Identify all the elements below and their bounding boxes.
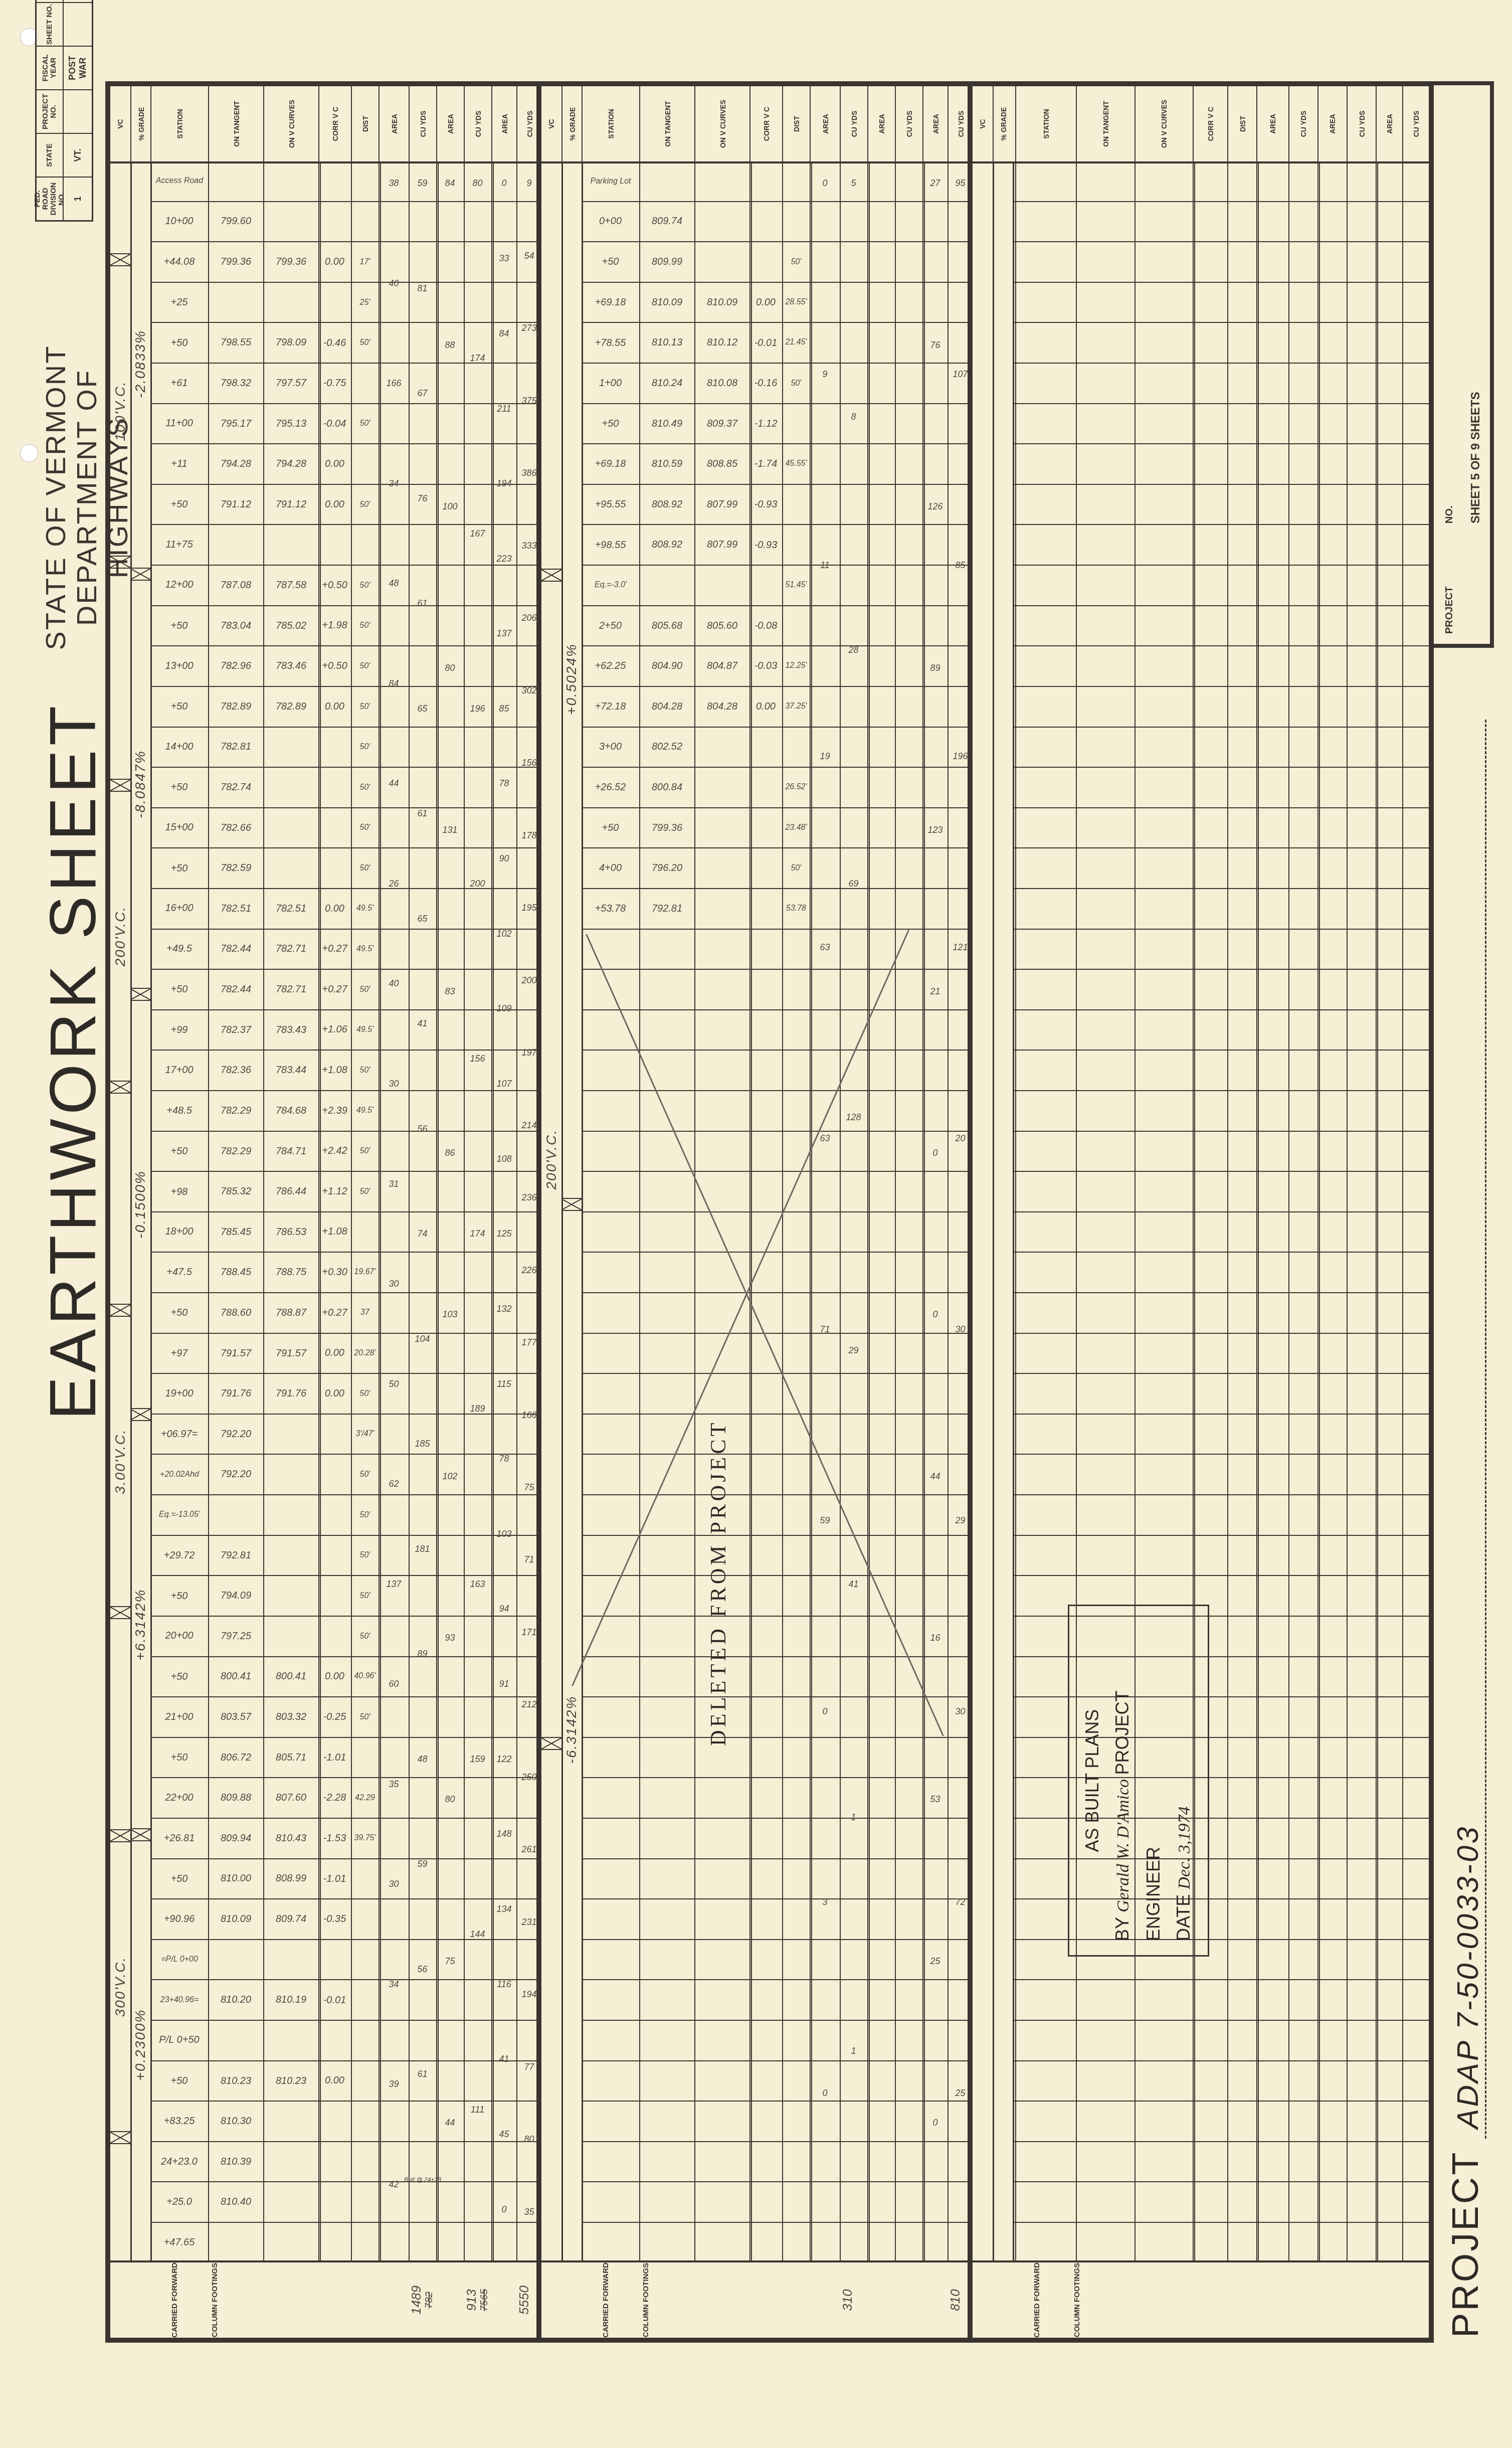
table-cell: 782.44 [208, 970, 263, 1009]
volume-cell: 86 [436, 1133, 464, 1174]
volume-value: 19 [820, 752, 830, 762]
volume-cell: 88 [436, 325, 464, 366]
volume-cell: 214 [516, 1105, 541, 1146]
vc-marker [110, 1606, 130, 1619]
station-column [582, 1576, 968, 1617]
station-value: 23+40.96= [160, 1996, 199, 2005]
dist-value: 49.5' [356, 945, 373, 954]
vcurve-value: 798.09 [275, 337, 306, 348]
table-cell: +78.55 [582, 323, 639, 363]
volume-value: 156 [521, 758, 536, 769]
corr-value: 0.00 [325, 256, 344, 268]
table-cell: 807.99 [694, 525, 749, 565]
volume-value: 137 [496, 629, 511, 639]
table-cell: +50 [150, 2061, 208, 2101]
header-a3: AREA [491, 86, 517, 161]
volume-cell: 78 [491, 1439, 516, 1480]
volume-value: 0 [501, 2204, 506, 2215]
station-column [582, 970, 968, 1010]
table-cell: 16+00 [150, 889, 208, 929]
table-cell: 795.17 [208, 404, 263, 444]
station-value: Access Road [155, 177, 203, 186]
table-cell: -0.01 [749, 323, 782, 363]
table-cell: +49.5 [150, 930, 208, 969]
volume-cell: 128 [840, 1097, 867, 1138]
volume-cell: 78 [491, 764, 516, 804]
tangent-value: 810.09 [651, 297, 682, 308]
station-value: +50 [171, 1752, 188, 1764]
station-column: +95.55808.92807.99-0.93 [582, 485, 968, 526]
dist-value: 49.5' [356, 904, 373, 913]
station-column [582, 1899, 968, 1940]
table-cell: +83.25 [150, 2102, 208, 2141]
volume-value: 76 [930, 340, 940, 351]
volume-value: 93 [445, 1633, 455, 1644]
station-column [1013, 566, 1429, 606]
tangent-value: 806.72 [220, 1752, 251, 1764]
station-column: 4+00796.2050' [582, 848, 968, 889]
volume-value: 116 [497, 1979, 511, 1990]
tangent-value: 782.44 [220, 984, 251, 995]
vc-marker [110, 1081, 130, 1094]
dist-value: 51.45' [785, 581, 807, 590]
volume-cell: 171 [516, 1613, 541, 1653]
station-column: Eq.=-3.0'51.45' [582, 566, 968, 606]
dist-value: 50' [359, 1632, 370, 1641]
table-cell: 804.28 [639, 687, 694, 727]
table-cell: 10+00 [150, 202, 208, 242]
station-column [582, 1415, 968, 1455]
volume-cell: 273 [516, 308, 541, 349]
volume-cell: 100 [436, 487, 464, 528]
tangent-value: 798.32 [220, 378, 251, 389]
vcurve-value: 795.13 [275, 418, 306, 429]
volume-value: 84 [389, 678, 399, 689]
table-cell: 50' [351, 970, 379, 1009]
station-value: +78.55 [595, 337, 626, 348]
header-c1: CU YDS [840, 86, 868, 161]
station-value: 20+00 [165, 1631, 193, 1642]
station-column [1013, 848, 1429, 889]
deleted-from-project-label: DELETED FROM PROJECT [705, 1420, 731, 1746]
station-value: +26.52 [595, 782, 626, 793]
volume-value: 214 [521, 1120, 536, 1131]
header-station: STATION [1015, 86, 1077, 161]
table-cell: 50' [351, 566, 379, 605]
table-cell: 792.20 [208, 1455, 263, 1495]
corr-value: -0.04 [323, 418, 346, 429]
volume-value: 144 [470, 1929, 485, 1940]
pvi-marker [130, 568, 150, 581]
table-cell: 810.23 [263, 2061, 318, 2101]
table-cell: 794.28 [263, 444, 318, 484]
volume-cell: 131 [436, 810, 464, 850]
dist-value: 50' [359, 662, 370, 671]
corr-value: -1.12 [754, 418, 778, 429]
table-cell: 23+40.96= [150, 1980, 208, 2020]
header-vcurve: ON V CURVES [1135, 86, 1194, 161]
volume-value: 71 [524, 1555, 534, 1565]
fed-cell-total-sheets: TOTAL SHEETS [37, 0, 92, 2]
dist-value: 39.75' [354, 1834, 375, 1843]
station-value: +69.18 [595, 458, 626, 470]
vc-length-label: 3.00'V.C. [110, 1317, 130, 1606]
corr-value: +1.98 [322, 620, 347, 632]
tangent-value: 810.49 [651, 418, 682, 429]
header-grade: % GRADE [130, 86, 151, 161]
station-column: +50810.49809.37-1.12 [582, 404, 968, 445]
volume-value: 30 [389, 1079, 399, 1089]
station-column [1013, 687, 1429, 728]
table-cell: 50' [351, 687, 379, 727]
sheet-number-box: PROJECT NO. SHEET 5 OF 9 SHEETS [1434, 81, 1494, 648]
table-cell: 787.58 [263, 566, 318, 605]
volume-value: 59 [820, 1515, 830, 1526]
volume-value: 85 [499, 704, 509, 714]
volume-value: 250 [521, 1772, 536, 1783]
tangent-value: 809.74 [651, 216, 682, 227]
volume-value: 166 [386, 379, 401, 389]
volume-value: 42 [389, 2179, 399, 2190]
table-cell: +50 [150, 1738, 208, 1778]
volume-value: 85 [955, 561, 965, 571]
station-column: +26.52800.8426.52' [582, 768, 968, 808]
volume-cell: 59 [409, 1844, 436, 1885]
volume-cell: 103 [436, 1295, 464, 1335]
volume-value: 29 [848, 1346, 858, 1356]
volume-cell: 80 [436, 648, 464, 689]
table-cell: 50' [351, 1374, 379, 1414]
table-cell: 810.59 [639, 444, 694, 484]
station-column: +98.55808.92807.99-0.93 [582, 525, 968, 566]
volume-cell: 107 [948, 355, 973, 395]
carried-forward-embankment-cuyds: 5550 [516, 2262, 532, 2338]
volume-value: 20 [955, 1133, 965, 1144]
table-cell: 809.74 [639, 202, 694, 242]
table-cell: -0.35 [318, 1899, 351, 1939]
vcurve-value: 807.99 [706, 499, 737, 510]
header-a1: AREA [810, 86, 841, 161]
station-column [1013, 2061, 1429, 2102]
station-column [1013, 2142, 1429, 2183]
volume-value: Butt @ 24+23 [404, 2176, 441, 2183]
volume-value: 48 [389, 579, 399, 589]
tangent-value: 810.13 [651, 337, 682, 348]
dist-value: 50' [359, 1470, 370, 1479]
table-cell: 810.09 [208, 1899, 263, 1939]
table-cell: 810.19 [263, 1980, 318, 2020]
table-cell: 786.53 [263, 1212, 318, 1252]
volume-value: 63 [820, 1133, 830, 1144]
dist-value: 50' [359, 702, 370, 711]
station-column: Eq.=-13.05'50' [150, 1495, 536, 1536]
volume-cell: 25 [948, 2073, 973, 2114]
volume-cell: 65 [409, 899, 436, 940]
station-value: +50 [171, 984, 188, 995]
vc-marker [541, 1737, 561, 1751]
table-cell: 21+00 [150, 1697, 208, 1737]
station-value: +48.5 [166, 1105, 192, 1117]
volume-cell: 116 [491, 1964, 516, 2005]
header-c1: CU YDS [1288, 86, 1318, 161]
volume-cell: 67 [409, 374, 436, 414]
volume-value: 111 [471, 2105, 484, 2115]
station-value: +29.72 [164, 1550, 195, 1561]
volume-value: 196 [470, 704, 485, 714]
station-column [582, 1172, 968, 1212]
volume-cell: 0 [922, 1133, 948, 1174]
tangent-value: 808.92 [651, 499, 682, 510]
dist-value: 26.52' [785, 783, 807, 792]
tangent-value: 810.59 [651, 458, 682, 470]
volume-value: 9 [822, 370, 827, 380]
station-value: +50 [171, 1590, 188, 1602]
volume-cell: 63 [810, 928, 840, 968]
table-cell: 0.00 [318, 242, 351, 282]
table-cell: 808.99 [263, 1859, 318, 1899]
table-cell: 808.92 [639, 525, 694, 565]
table-cell: -1.12 [749, 404, 782, 444]
station-value: +25 [171, 297, 188, 308]
station-value: +50 [602, 418, 619, 429]
volume-cell: 333 [516, 526, 541, 566]
table-cell: 50' [351, 323, 379, 363]
volume-cell: 231 [516, 1902, 541, 1943]
vc-marker [110, 2131, 130, 2144]
header-c2: CU YDS [895, 86, 923, 161]
tangent-value: 791.57 [220, 1347, 251, 1359]
table-cell: 50' [351, 404, 379, 444]
station-column: 24+23.0810.39 [150, 2142, 536, 2183]
table-cell: 782.36 [208, 1051, 263, 1090]
volume-cell: 59 [810, 1500, 840, 1541]
table-cell: 798.55 [208, 323, 263, 363]
agency-line-1: STATE OF VERMONT [40, 322, 71, 673]
header-station: STATION [150, 86, 209, 161]
station-column: +53.78792.8153.78 [582, 889, 968, 930]
station-column [1013, 2182, 1429, 2223]
table-cell: 21.45' [782, 323, 810, 363]
dist-value: 12.25' [785, 662, 807, 671]
table-cell: 800.41 [208, 1657, 263, 1697]
dist-value: 50' [359, 500, 370, 509]
vcurve-value: 810.43 [275, 1833, 306, 1844]
station-column [582, 1738, 968, 1779]
volume-cell: 26 [379, 864, 409, 905]
tangent-value: 785.45 [220, 1227, 251, 1238]
volume-cell: 126 [922, 487, 948, 528]
table-cell: 782.37 [208, 1010, 263, 1050]
struck-value: 782 [424, 2262, 435, 2338]
tangent-value: 788.60 [220, 1307, 251, 1319]
station-value: Parking Lot [590, 177, 631, 186]
volume-value: 181 [415, 1544, 430, 1554]
volume-cell: 74 [409, 1214, 436, 1255]
table-cell: 50' [351, 606, 379, 646]
volume-value: 80 [472, 179, 482, 189]
station-column: +50810.00808.99-1.01 [150, 1859, 536, 1900]
table-cell: 39.75' [351, 1819, 379, 1858]
station-column [1013, 1334, 1429, 1374]
tangent-value: 792.20 [220, 1429, 251, 1440]
column-header-block: VC% GRADESTATIONON TANGENTON V CURVESCOR… [973, 86, 1429, 163]
volume-value: 375 [521, 396, 536, 406]
header-c3: CU YDS [516, 86, 542, 161]
volume-value: 63 [820, 942, 830, 953]
dist-value: 50' [791, 258, 801, 267]
station-column [582, 1374, 968, 1415]
volume-cell: 102 [436, 1456, 464, 1497]
volume-cell: 122 [491, 1739, 516, 1780]
table-cell: -0.46 [318, 323, 351, 363]
table-cell: 810.40 [208, 2182, 263, 2222]
table-cell: +0.50 [318, 566, 351, 605]
station-column: 20+00797.2550' [150, 1617, 536, 1657]
table-cell: 50' [782, 242, 810, 282]
table-cell: 51.45' [782, 566, 810, 605]
volume-value: 75 [445, 1956, 455, 1967]
volume-cell: 302 [516, 670, 541, 711]
station-column [1013, 1415, 1429, 1455]
tangent-value: 810.09 [220, 1913, 251, 1925]
station-value: 11+00 [165, 418, 193, 429]
volume-cell: 35 [516, 2192, 541, 2233]
table-cell: +50 [150, 970, 208, 1009]
station-value: 10+00 [165, 216, 193, 227]
volume-cell: 194 [491, 464, 516, 504]
table-cell: 28.55' [782, 283, 810, 322]
table-cell: 22+00 [150, 1778, 208, 1818]
table-cell: -1.01 [318, 1859, 351, 1899]
vcurve-value: 809.37 [706, 418, 737, 429]
station-columns: Parking Lot0+00809.74+50809.9950'+69.188… [582, 161, 968, 2262]
tangent-value: 805.68 [651, 620, 682, 632]
tangent-value: 791.76 [220, 1388, 251, 1400]
tangent-value: 810.39 [220, 2156, 251, 2168]
vc-marker [110, 556, 130, 569]
stamp-date-value: Dec. 3,1974 [1175, 1806, 1194, 1889]
volume-value: 38 [389, 179, 399, 189]
grade-percent-label: +6.3142% [130, 1422, 150, 1827]
header-c1: CU YDS [409, 86, 437, 161]
carried-forward-block: CARRIED FORWARDCOLUMN FOOTINGS1489913555… [110, 2260, 536, 2338]
station-value: +95.55 [595, 499, 626, 510]
corr-value: -2.28 [323, 1792, 346, 1804]
volume-value: 0 [932, 1148, 937, 1159]
table-cell: +53.78 [582, 889, 639, 929]
header-grade: % GRADE [993, 86, 1014, 161]
table-cell: 808.92 [639, 485, 694, 524]
header-station: STATION [582, 86, 640, 161]
table-cell: +1.08 [318, 1212, 351, 1252]
volume-value: 108 [496, 1154, 511, 1164]
station-column [1013, 728, 1429, 768]
station-value: 24+23.0 [161, 2156, 198, 2168]
volume-cell: 103 [491, 1514, 516, 1555]
station-column: +50788.60788.87+0.2737 [150, 1293, 536, 1334]
volume-value: 61 [417, 809, 427, 819]
table-cell: +62.25 [582, 646, 639, 686]
band-parking-lot: VC% GRADESTATIONON TANGENTON V CURVESCOR… [541, 86, 973, 2338]
station-value: +50 [171, 1873, 188, 1884]
volume-cell: 30 [379, 1864, 409, 1905]
dist-value: 50' [359, 419, 370, 428]
station-column [582, 1253, 968, 1293]
volume-value: 223 [496, 554, 511, 564]
table-cell: 805.60 [694, 606, 749, 646]
volume-value: 302 [521, 685, 536, 696]
station-column: 11+00795.17795.13-0.0450' [150, 404, 536, 445]
vcurve-value: 788.75 [275, 1267, 306, 1278]
table-cell: Access Road [150, 161, 208, 201]
table-cell: -0.01 [318, 1980, 351, 2020]
vcurve-value: 782.71 [275, 943, 306, 955]
tangent-value: 797.25 [220, 1631, 251, 1642]
table-cell: 782.71 [263, 970, 318, 1009]
tangent-value: 782.37 [220, 1024, 251, 1036]
table-cell: +06.97= [150, 1415, 208, 1454]
volume-cell: 121 [948, 928, 973, 968]
table-cell: 782.89 [208, 687, 263, 727]
table-cell: 24+23.0 [150, 2142, 208, 2182]
volume-cell: 72 [948, 1882, 973, 1923]
table-cell: 11+75 [150, 525, 208, 565]
vcurve-value: 805.60 [706, 620, 737, 632]
table-cell: +97 [150, 1334, 208, 1373]
volume-value: 95 [955, 179, 965, 189]
volume-value: 76 [417, 493, 427, 504]
table-cell: 804.90 [639, 646, 694, 686]
table-cell: 49.5' [351, 889, 379, 929]
volume-cell: 107 [491, 1064, 516, 1105]
corr-value: 0.00 [325, 1347, 344, 1359]
vc-length-label: 100'V.C. [110, 267, 130, 556]
station-column: P/L 0+50 [150, 2021, 536, 2061]
table-cell: -1.01 [318, 1738, 351, 1778]
vertical-curve-row: 200'V.C. [541, 161, 563, 2262]
tangent-value: 809.99 [651, 256, 682, 268]
station-value: =P/L 0+00 [161, 1955, 198, 1964]
volume-cell: 76 [409, 479, 436, 519]
corr-value: +1.08 [322, 1227, 347, 1238]
volume-value: 41 [499, 2054, 509, 2065]
table-cell: 782.44 [208, 930, 263, 969]
table-cell: +50 [150, 687, 208, 727]
station-column: Parking Lot [582, 161, 968, 202]
tangent-value: 782.74 [220, 782, 251, 793]
corr-value: +2.42 [322, 1145, 347, 1157]
station-column [582, 1132, 968, 1172]
volume-cell: 40 [379, 264, 409, 304]
table-cell: 0.00 [318, 485, 351, 524]
station-column: +2525' [150, 283, 536, 323]
volume-value: 211 [497, 404, 511, 414]
tangent-value: 783.04 [220, 620, 251, 632]
volume-value: 0 [501, 179, 506, 189]
header-dist: DIST [1227, 86, 1257, 161]
table-cell: -0.16 [749, 364, 782, 403]
station-value: +53.78 [595, 903, 626, 915]
station-column: +62.25804.90804.87-0.0312.25' [582, 646, 968, 687]
volume-value: 44 [930, 1471, 940, 1482]
volume-value: 333 [521, 541, 536, 551]
volume-cell: 212 [516, 1685, 541, 1725]
table-cell: 25' [351, 283, 379, 322]
table-cell: 794.09 [208, 1576, 263, 1616]
volume-value: 174 [470, 354, 485, 364]
vc-marker [110, 1304, 130, 1317]
volume-value: 40 [389, 278, 399, 289]
